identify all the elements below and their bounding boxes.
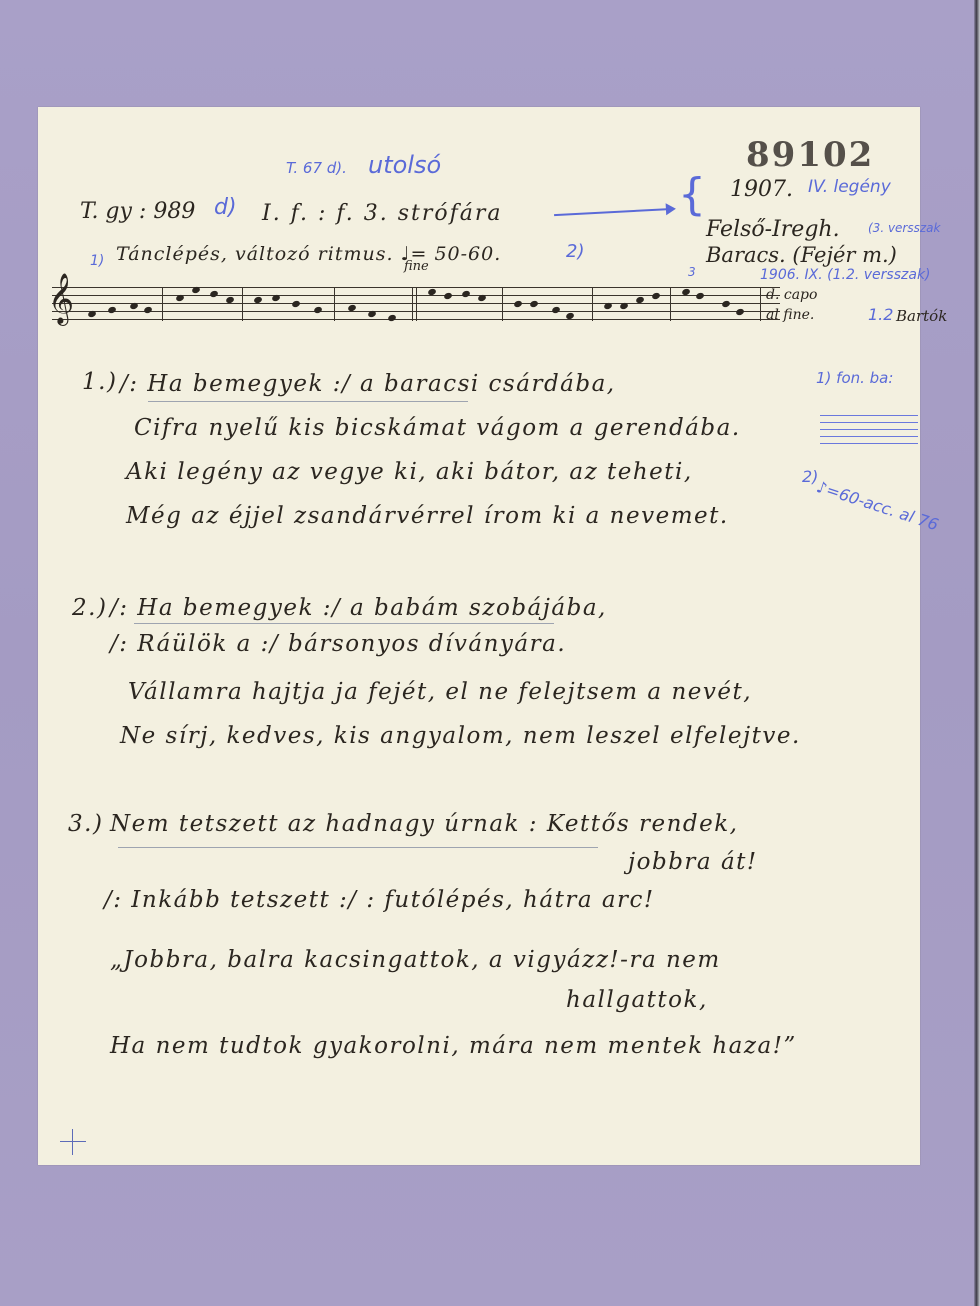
verse-1-line-3: Aki legény az vegye ki, aki bátor, az te… (126, 459, 693, 485)
verse-3-underline (118, 847, 598, 848)
verse-1-line-4: Még az éjjel zsandárvérrel írom ki a nev… (126, 503, 729, 529)
margin-note-2: 2) (802, 467, 818, 486)
da-capo-line-2: al fine. (766, 307, 814, 323)
verse-2-number: 2.) (72, 595, 107, 621)
verse-1-line-2: Cifra nyelű kis bicskámat vágom a gerend… (134, 415, 741, 441)
blue-ref-note: T. 67 d). (286, 159, 347, 177)
music-footnote-1: 1) (90, 253, 104, 269)
margin-note-1: 1) fon. ba: (816, 369, 893, 387)
date-blue: IV. legény (808, 177, 891, 197)
verse-2-underline (134, 623, 554, 624)
margin-mini-staff (820, 415, 918, 445)
manuscript-sheet: 89102 T. 67 d). utolsó T. gy : 989 d) I.… (38, 107, 920, 1165)
verse-3-line-3: „Jobbra, balra kacsingattok, a vigyázz!-… (110, 947, 721, 973)
registration-cross-mark (60, 1129, 86, 1155)
triplet-mark: 3 (688, 265, 696, 279)
tempo-line: Tánclépés, változó ritmus. ♩= 50-60. (116, 243, 501, 265)
tempo-footnote: 2) (566, 241, 584, 262)
mount-board-edge (974, 0, 980, 1306)
archive-stamp-number: 89102 (746, 135, 874, 175)
treble-clef-icon: 𝄞 (48, 277, 74, 321)
date-ink: 1907. (730, 177, 793, 202)
verse-2-line-1: /: Ha bemegyek :/ a babám szobájába, (110, 595, 607, 621)
music-staff: 𝄞 (52, 287, 780, 321)
phonograph-ref: I. f. : f. 3. strófára (262, 201, 503, 226)
catalog-ref: T. gy : 989 (80, 199, 195, 224)
end-mark: 1.2 (868, 305, 893, 324)
catalog-suffix: d) (214, 195, 237, 220)
place-line-2: Baracs. (Fejér m.) (706, 243, 897, 267)
verse-3-line-1: Nem tetszett az hadnagy úrnak : Kettős r… (110, 811, 739, 837)
verse-2-line-2: /: Ráülök a :/ bársonyos díványára. (110, 631, 566, 657)
verse-1-underline (148, 401, 468, 402)
collector-name: Bartók (896, 307, 947, 325)
verse-1-line-1: /: Ha bemegyek :/ a baracsi csárdába, (120, 371, 616, 397)
verse-1-number: 1.) (82, 369, 117, 395)
verse-2-line-3: Vállamra hajtja ja fejét, el ne felejtse… (128, 679, 752, 705)
verse-3-line-2: /: Inkább tetszett :/ : futólépés, hátra… (104, 887, 655, 913)
blue-note-utolso: utolsó (368, 151, 441, 179)
arrow-icon (554, 208, 674, 216)
margin-note-2-tempo: ♪=60-acc. al 76 (814, 477, 941, 534)
place-line-1-blue: (3. versszak (868, 221, 940, 235)
verse-3-line-3b: hallgattok, (566, 987, 708, 1013)
da-capo-line-1: d. capo (766, 287, 817, 303)
verse-3-line-1b: jobbra át! (628, 849, 758, 875)
brace-icon: { (678, 173, 706, 217)
verse-3-line-4: Ha nem tudtok gyakorolni, mára nem mente… (110, 1033, 797, 1059)
place-line-1: Felső-Iregh. (706, 217, 840, 242)
verse-2-line-4: Ne sírj, kedves, kis angyalom, nem lesze… (120, 723, 801, 749)
date-2-blue: 1906. IX. (1.2. versszak) (760, 267, 931, 283)
verse-3-number: 3.) (68, 811, 103, 837)
fine-label: fine (404, 259, 429, 274)
